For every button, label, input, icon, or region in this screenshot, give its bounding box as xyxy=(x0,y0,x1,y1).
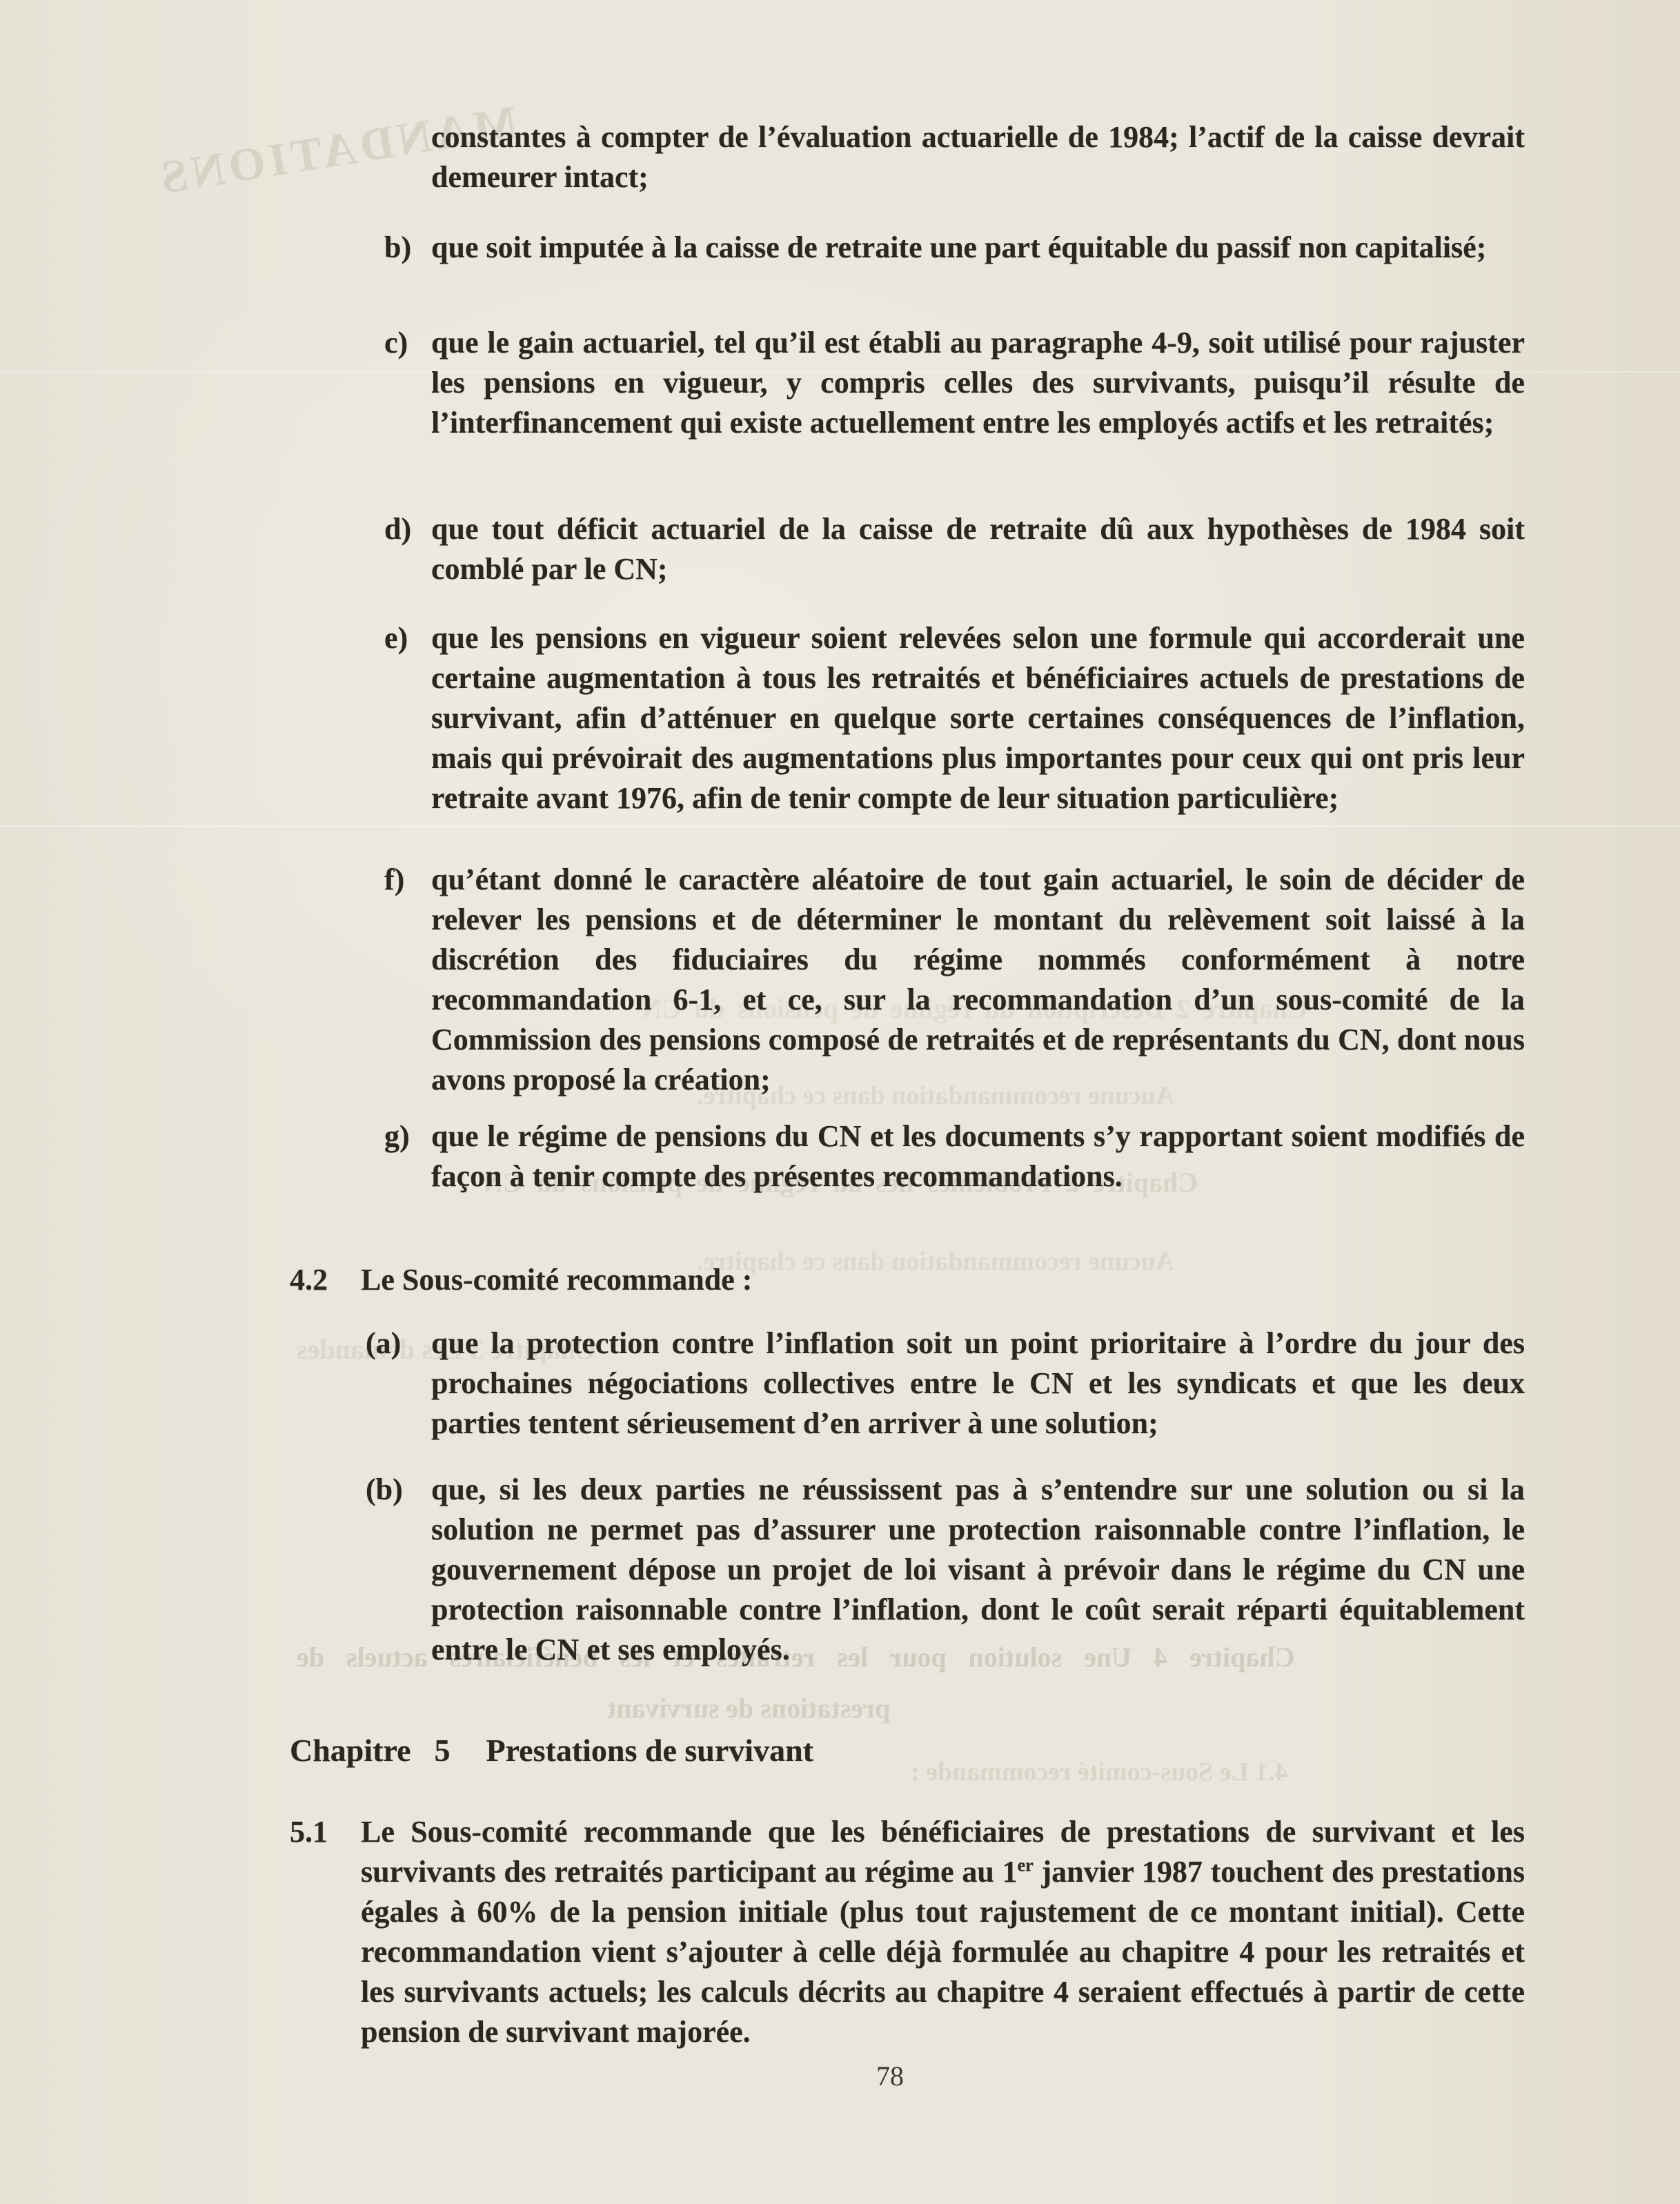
list-item-text: que le gain actuariel, tel qu’il est éta… xyxy=(431,326,1525,440)
list-item-label: f) xyxy=(384,860,404,900)
section-number: 5.1 xyxy=(290,1812,328,1852)
sub-item-a: (a) que la protection contre l’inflation… xyxy=(366,1324,1525,1444)
section-text: Le Sous-comité recommande : xyxy=(361,1263,752,1297)
sub-item-text: que la protection contre l’inflation soi… xyxy=(431,1326,1525,1440)
list-item-label: g) xyxy=(384,1116,410,1157)
section-5-1: 5.1 Le Sous-comité recommande que les bé… xyxy=(290,1812,1525,2052)
ordinal-superscript: er xyxy=(1018,1855,1034,1875)
list-item-label: d) xyxy=(384,509,411,549)
section-4-2: 4.2 Le Sous-comité recommande : xyxy=(290,1260,1525,1300)
page-number: 78 xyxy=(856,2060,925,2092)
bleedthrough-line: 4.1 Le Sous-comité recommande : xyxy=(911,1757,1288,1787)
intro-continuation-paragraph: constantes à compter de l’évaluation act… xyxy=(431,117,1525,197)
list-item-text: que le régime de pensions du CN et les d… xyxy=(431,1119,1525,1193)
scanned-document-page: MANDATIONS Chapitre 2 Description du rég… xyxy=(0,0,1680,2204)
bleedthrough-line: prestations de survivant xyxy=(607,1692,890,1724)
list-item-label: b) xyxy=(384,228,411,268)
list-item-text: que soit imputée à la caisse de retraite… xyxy=(431,230,1486,264)
sub-item-text: que, si les deux parties ne réussissent … xyxy=(431,1473,1525,1666)
list-item-e: e) que les pensions en vigueur soient re… xyxy=(384,618,1525,818)
sub-item-label: (b) xyxy=(366,1470,403,1510)
list-item-text: qu’étant donné le caractère aléatoire de… xyxy=(431,863,1525,1096)
section-number: 4.2 xyxy=(290,1260,328,1300)
list-item-text: que les pensions en vigueur soient relev… xyxy=(431,621,1525,815)
list-item-g: g) que le régime de pensions du CN et le… xyxy=(384,1116,1525,1197)
list-item-d: d) que tout déficit actuariel de la cais… xyxy=(384,509,1525,589)
scan-band xyxy=(0,825,1680,827)
list-item-label: e) xyxy=(384,618,408,658)
chapter-word: Chapitre xyxy=(290,1733,411,1768)
list-item-b: b) que soit imputée à la caisse de retra… xyxy=(384,228,1525,268)
list-item-f: f) qu’étant donné le caractère aléatoire… xyxy=(384,860,1525,1100)
list-item-text: que tout déficit actuariel de la caisse … xyxy=(431,512,1525,586)
chapter-5-heading: Chapitre5Prestations de survivant xyxy=(290,1731,813,1771)
chapter-title: Prestations de survivant xyxy=(486,1733,814,1768)
list-item-c: c) que le gain actuariel, tel qu’il est … xyxy=(384,323,1525,443)
list-item-label: c) xyxy=(384,323,408,363)
sub-item-b: (b) que, si les deux parties ne réussiss… xyxy=(366,1470,1525,1670)
chapter-number: 5 xyxy=(435,1733,451,1768)
sub-item-label: (a) xyxy=(366,1324,401,1364)
